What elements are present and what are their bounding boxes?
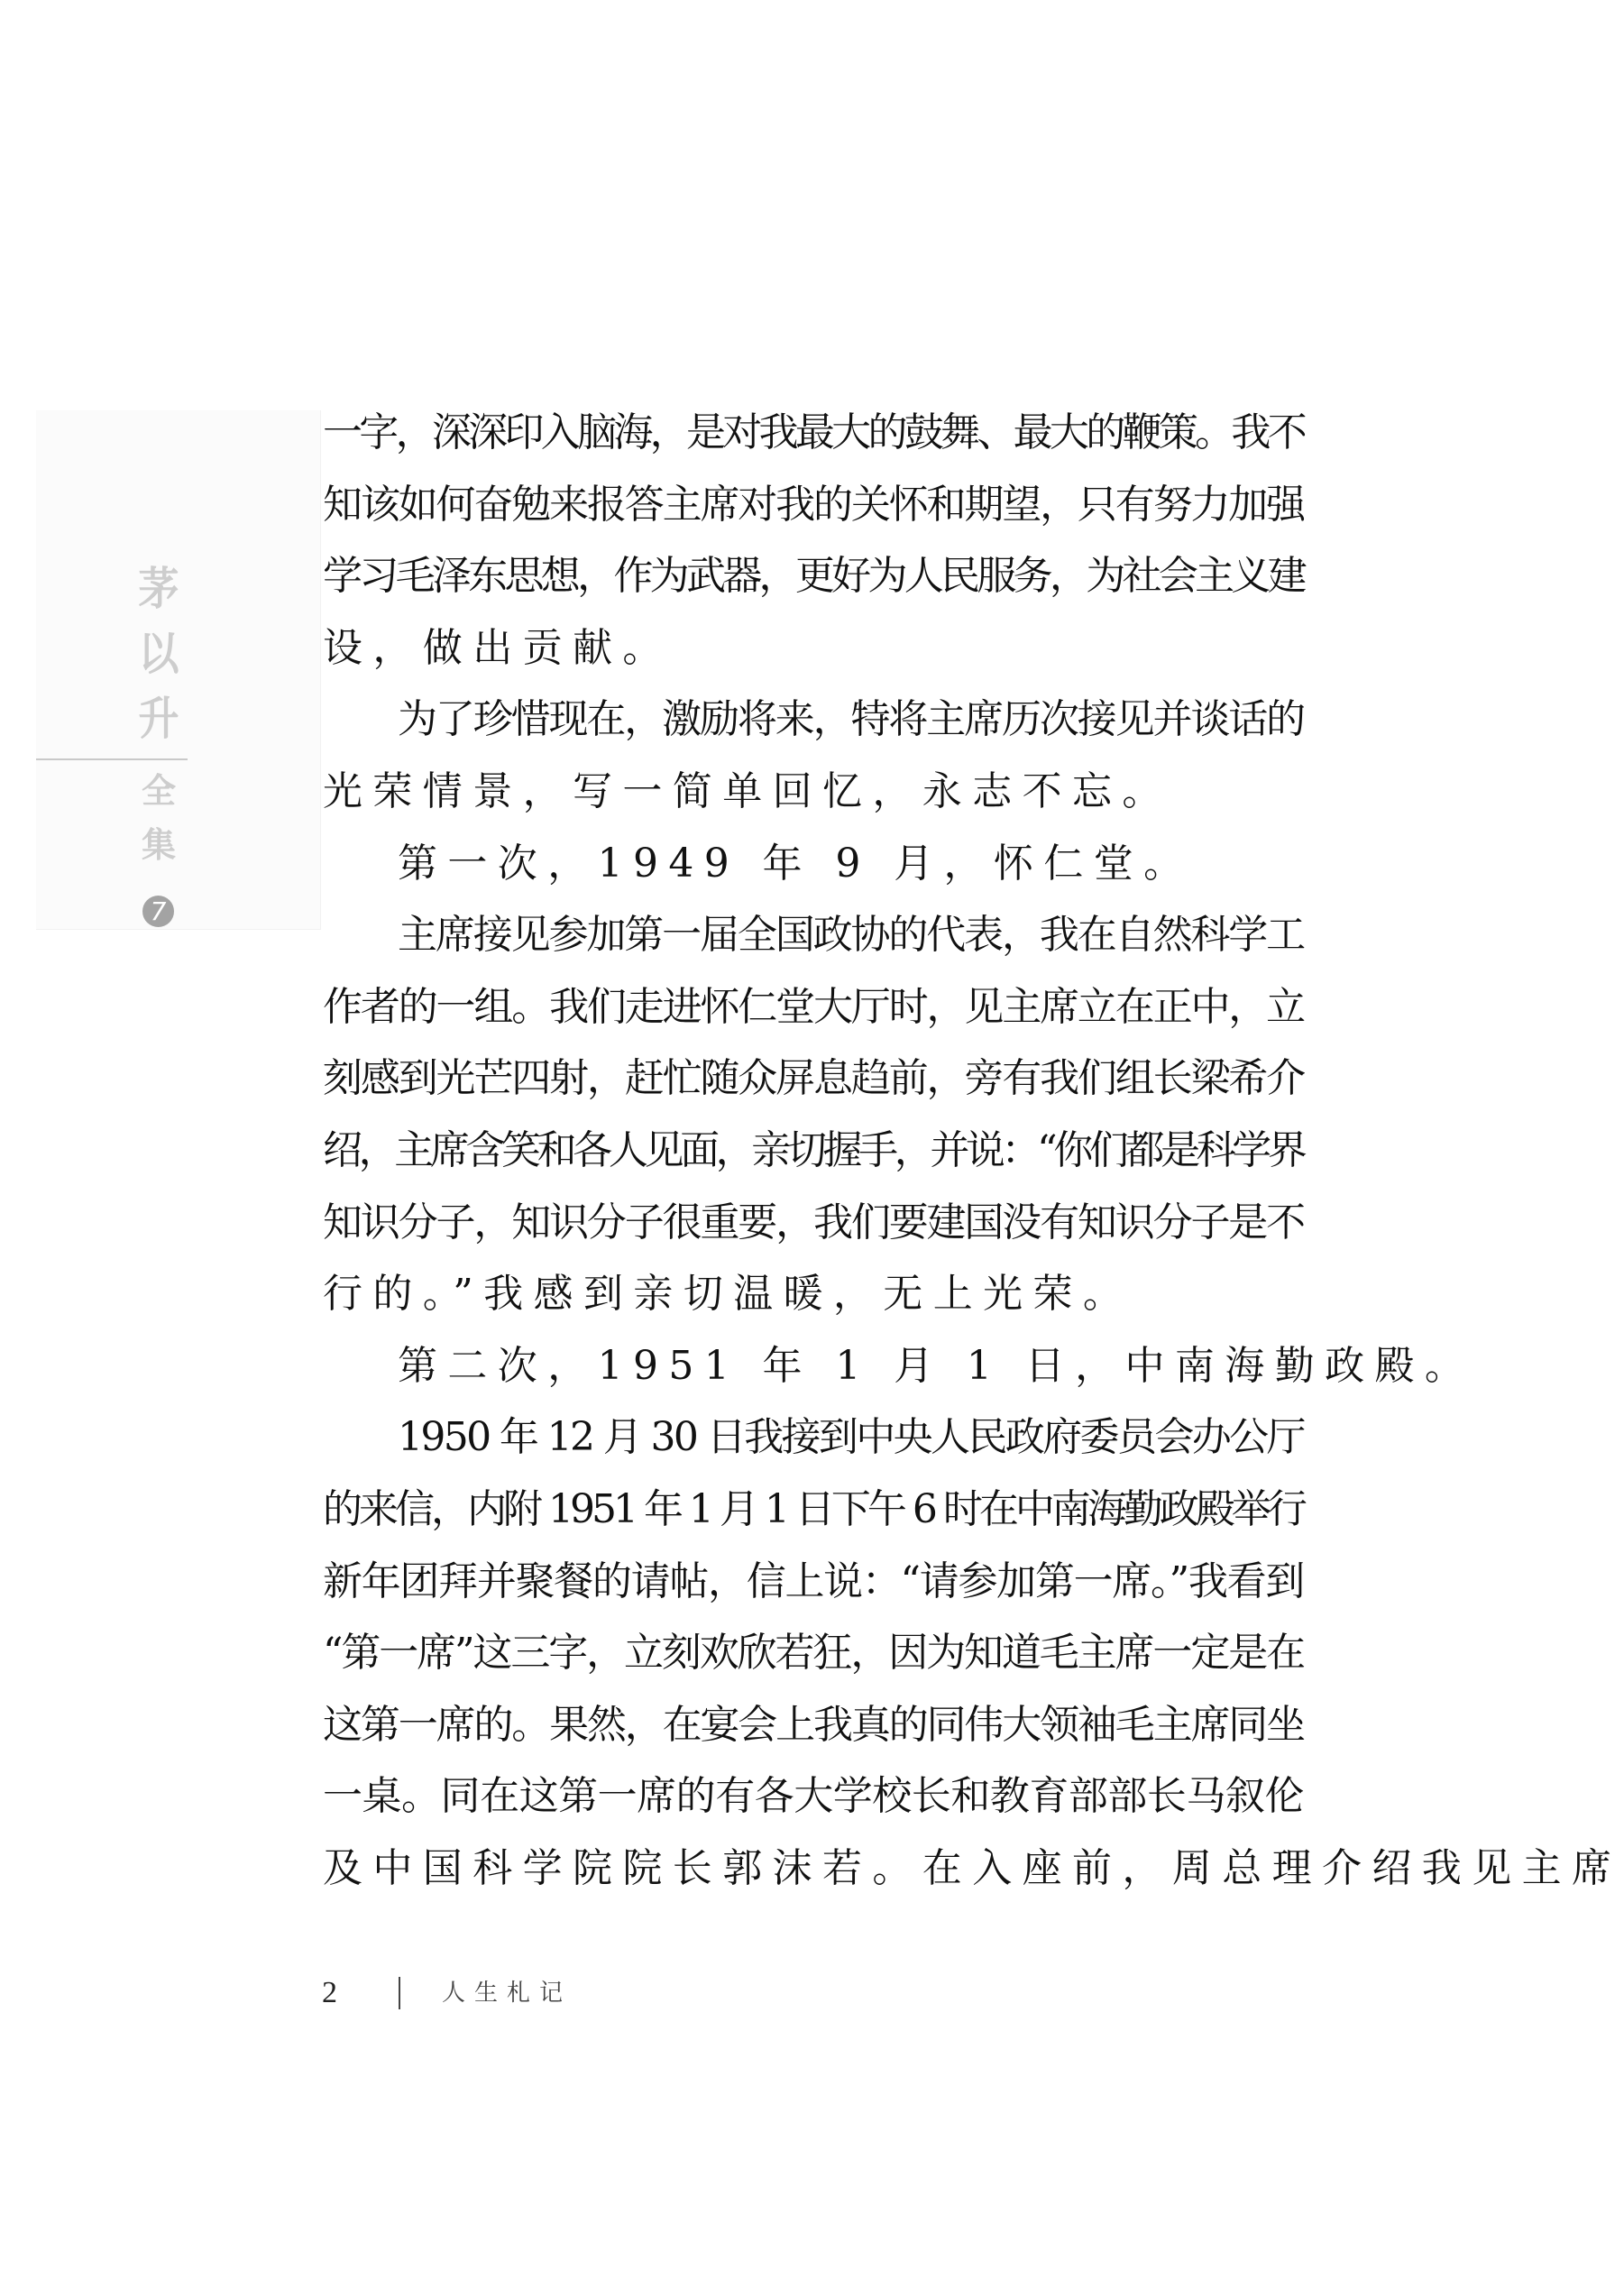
- collection-char: 集: [142, 818, 176, 872]
- footer-divider: [399, 1977, 400, 2009]
- text-line: 一字，深深印入脑海，是对我最大的鼓舞、最大的鞭策。我不: [323, 397, 1306, 469]
- page-number: 2: [322, 1975, 337, 2011]
- text-line: 绍，主席含笑和各人见面，亲切握手，并说：“你们都是科学界: [323, 1115, 1306, 1187]
- text-line: 为了珍惜现在，激励将来，特将主席历次接见并谈话的: [323, 684, 1306, 756]
- running-title: 人生札记: [442, 1978, 572, 2008]
- text-line: 新年团拜并聚餐的请帖，信上说：“请参加第一席。”我看到: [323, 1546, 1306, 1618]
- text-line: 行的。”我感到亲切温暖，无上光荣。: [323, 1258, 1306, 1330]
- series-divider: [36, 758, 188, 760]
- text-line: 知识分子，知识分子很重要，我们要建国没有知识分子是不: [323, 1187, 1306, 1259]
- text-line: 的来信，内附 1951 年 1 月 1 日下午 6 时在中南海勤政殿举行: [323, 1474, 1306, 1546]
- text-line: 学习毛泽东思想，作为武器，更好为人民服务，为社会主义建: [323, 540, 1306, 612]
- series-collection-label: 全 集: [139, 764, 179, 872]
- series-author-name: 茅 以 升: [136, 556, 181, 751]
- text-line: 设，做出贡献。: [323, 612, 1306, 685]
- text-line: 知该如何奋勉来报答主席对我的关怀和期望，只有努力加强: [323, 469, 1306, 541]
- author-char: 以: [139, 621, 179, 686]
- text-line: “第一席”这三字，立刻欢欣若狂，因为知道毛主席一定是在: [323, 1617, 1306, 1689]
- body-text: 一字，深深印入脑海，是对我最大的鼓舞、最大的鞭策。我不知该如何奋勉来报答主席对我…: [323, 397, 1306, 1904]
- text-line: 光荣情景，写一简单回忆，永志不忘。: [323, 756, 1306, 828]
- volume-number-badge: 7: [142, 896, 174, 927]
- series-sidebar: 茅 以 升 全 集 7: [36, 410, 321, 930]
- text-line: 及中国科学院院长郭沫若。在入座前，周总理介绍我见主席: [323, 1833, 1306, 1905]
- text-line: 第二次，1951 年 1 月 1 日，中南海勤政殿。: [323, 1330, 1306, 1402]
- text-line: 一桌。同在这第一席的有各大学校长和教育部部长马叙伦: [323, 1760, 1306, 1833]
- text-line: 主席接见参加第一届全国政协的代表，我在自然科学工: [323, 899, 1306, 971]
- collection-char: 全: [142, 764, 176, 818]
- text-line: 第一次，1949 年 9 月，怀仁堂。: [323, 828, 1306, 900]
- author-char: 升: [139, 686, 179, 751]
- text-line: 作者的一组。我们走进怀仁堂大厅时，见主席立在正中，立: [323, 971, 1306, 1043]
- author-char: 茅: [139, 556, 179, 621]
- text-line: 这第一席的。果然，在宴会上我真的同伟大领袖毛主席同坐: [323, 1689, 1306, 1761]
- text-line: 1950 年 12 月 30 日我接到中央人民政府委员会办公厅: [323, 1401, 1306, 1474]
- text-line: 刻感到光芒四射，赶忙随众屏息趋前，旁有我们组长梁希介: [323, 1043, 1306, 1115]
